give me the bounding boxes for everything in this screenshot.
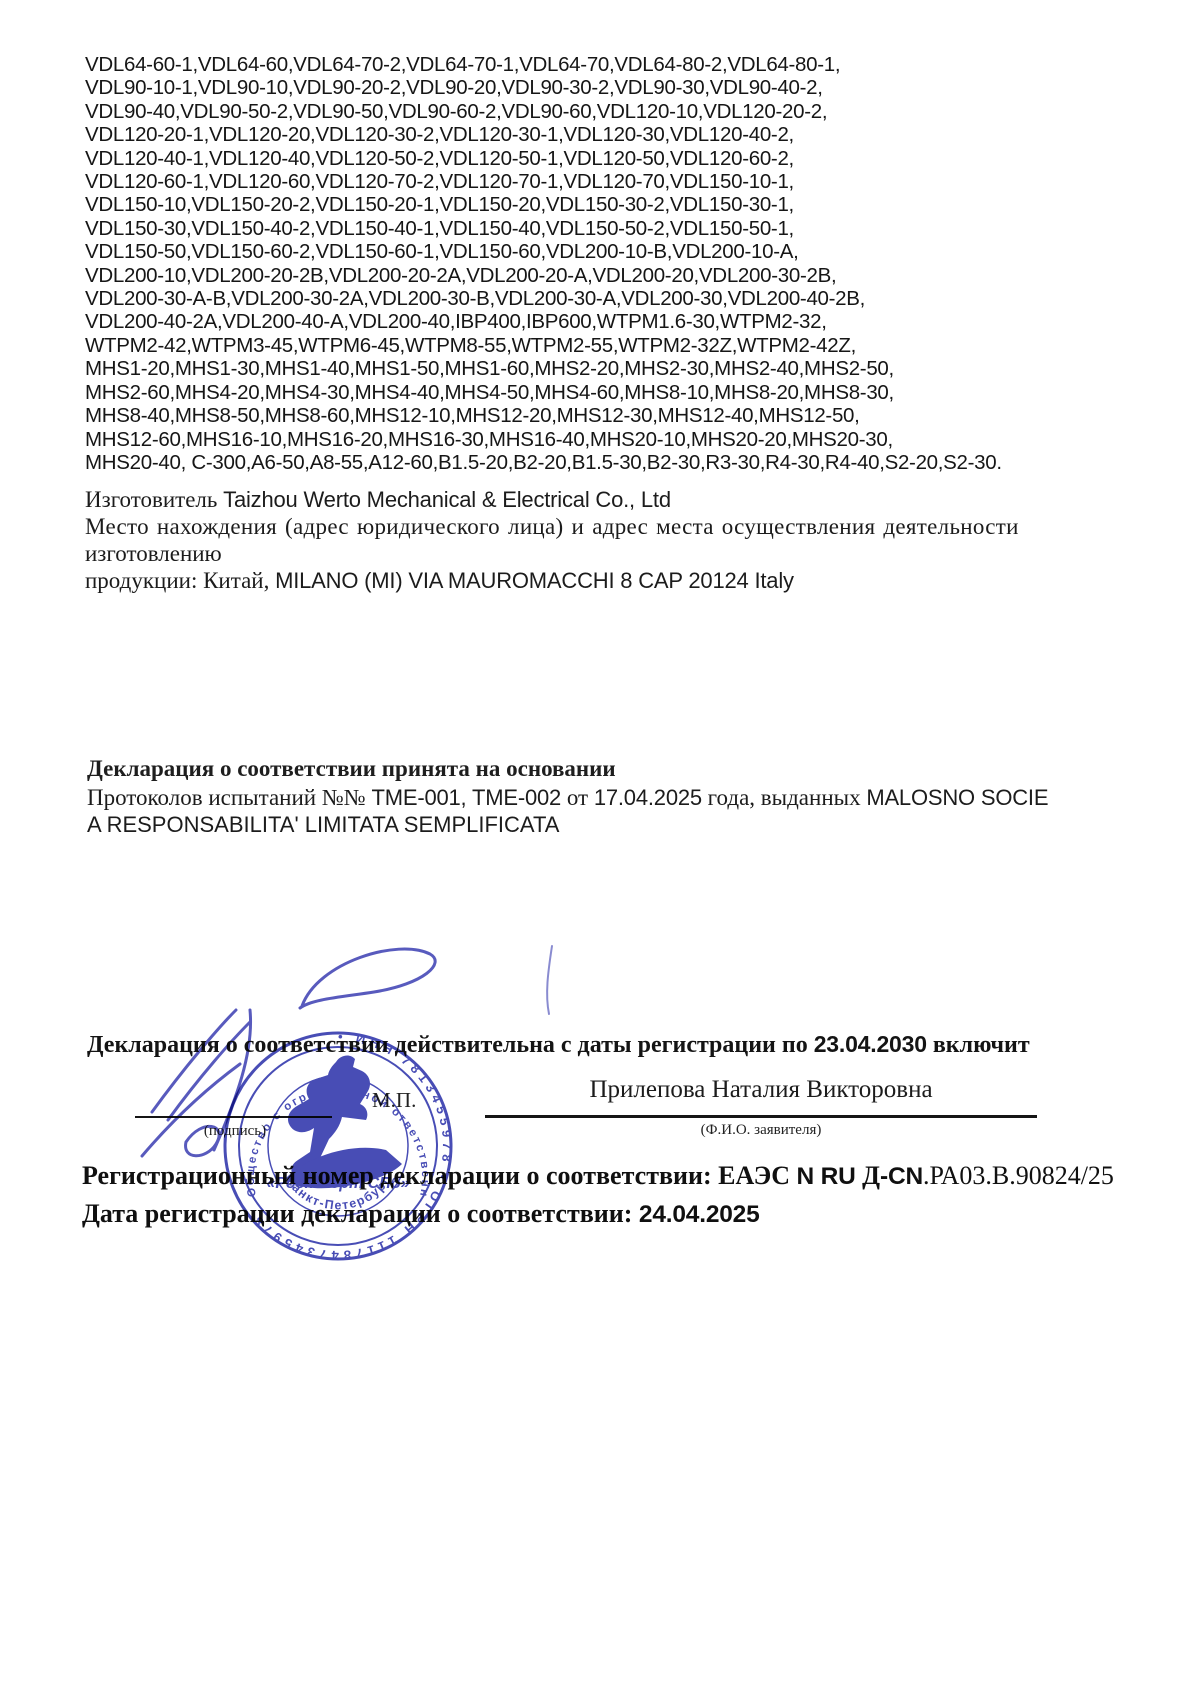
model-list-line: MHS20-40, C-300,A6-50,A8-55,A12-60,B1.5-… (85, 451, 1185, 474)
model-list-line: VDL90-40,VDL90-50-2,VDL90-50,VDL90-60-2,… (85, 100, 1185, 123)
model-list-line: MHS1-20,MHS1-30,MHS1-40,MHS1-50,MHS1-60,… (85, 357, 1185, 380)
basis-text: года, выданных (702, 785, 866, 810)
model-list-line: VDL150-10,VDL150-20-2,VDL150-20-1,VDL150… (85, 193, 1185, 216)
basis-text: от (561, 785, 594, 810)
product-line: продукции: Китай, MILANO (MI) VIA MAUROM… (85, 567, 1191, 594)
manufacturer-label: Изготовитель (85, 487, 223, 512)
model-list-line: MHS12-60,MHS16-10,MHS16-20,MHS16-30,MHS1… (85, 428, 1185, 451)
reg-number-d: Д (856, 1161, 880, 1190)
reg-number-rest: .РА03.В.90824/25 (923, 1161, 1114, 1190)
reg-number-nru: N RU (797, 1163, 856, 1190)
document-page: VDL64-60-1,VDL64-60,VDL64-70-2,VDL64-70-… (0, 0, 1191, 1684)
lab-name-part1: MALOSNO SOCIE (866, 785, 1048, 810)
manufacturer-name: Taizhou Werto Mechanical & Electrical Co… (223, 487, 671, 512)
reg-date-line: Дата регистрации декларации о соответств… (82, 1199, 1191, 1229)
reg-date-value: 24.04.2025 (639, 1201, 760, 1228)
reg-number-line: Регистрационный номер декларации о соотв… (82, 1161, 1191, 1191)
validity-suffix: включит (927, 1032, 1030, 1058)
model-list-line: VDL64-60-1,VDL64-60,VDL64-70-2,VDL64-70-… (85, 53, 1185, 76)
protocol-numbers: TME-001, TME-002 (371, 785, 561, 810)
model-list-line: VDL150-30,VDL150-40-2,VDL150-40-1,VDL150… (85, 217, 1185, 240)
signature-caption: (подпись) (150, 1123, 320, 1140)
validity-line: Декларация о соответствии действительна … (87, 1031, 1191, 1059)
model-list-line: VDL120-60-1,VDL120-60,VDL120-70-2,VDL120… (85, 170, 1185, 193)
model-list-line: VDL90-10-1,VDL90-10,VDL90-20-2,VDL90-20,… (85, 76, 1185, 99)
reg-number-cn: -CN (880, 1163, 923, 1190)
applicant-name: Прилепова Наталия Викторовна (485, 1076, 1037, 1104)
mp-label: М.П. (372, 1088, 416, 1113)
model-list-line: VDL120-20-1,VDL120-20,VDL120-30-2,VDL120… (85, 123, 1185, 146)
address-line-1: Место нахождения (адрес юридического лиц… (85, 513, 1191, 540)
model-list-line: VDL200-40-2A,VDL200-40-A,VDL200-40,IBP40… (85, 310, 1185, 333)
reg-number-eaes: ЕАЭС (718, 1161, 796, 1190)
model-list-line: VDL200-10,VDL200-20-2B,VDL200-20-2A,VDL2… (85, 264, 1185, 287)
model-list-line: WTPM2-42,WTPM3-45,WTPM6-45,WTPM8-55,WTPM… (85, 334, 1185, 357)
protocol-date: 17.04.2025 (594, 785, 702, 810)
model-list-line: VDL200-30-A-B,VDL200-30-2A,VDL200-30-B,V… (85, 287, 1185, 310)
product-label: продукции: Китай, (85, 568, 275, 593)
address-line-2: изготовлению (85, 540, 222, 567)
validity-date: 23.04.2030 (814, 1031, 927, 1057)
model-list-line: VDL150-50,VDL150-60-2,VDL150-60-1,VDL150… (85, 240, 1185, 263)
basis-text: Протоколов испытаний №№ (87, 785, 371, 810)
model-list-line: MHS8-40,MHS8-50,MHS8-60,MHS12-10,MHS12-2… (85, 404, 1185, 427)
applicant-line (485, 1115, 1037, 1118)
manufacturer-line: Изготовитель Taizhou Werto Mechanical & … (85, 486, 1191, 513)
reg-number-label: Регистрационный номер декларации о соотв… (82, 1161, 718, 1190)
lab-name-part2: A RESPONSABILITA' LIMITATA SEMPLIFICATA (87, 811, 559, 838)
applicant-caption: (Ф.И.О. заявителя) (485, 1122, 1037, 1139)
product-address: MILANO (MI) VIA MAUROMACCHI 8 CAP 20124 … (275, 568, 794, 593)
signature-line (135, 1116, 332, 1118)
model-list: VDL64-60-1,VDL64-60,VDL64-70-2,VDL64-70-… (85, 53, 1185, 474)
basis-protocols-line: Протоколов испытаний №№ TME-001, TME-002… (87, 784, 1191, 811)
model-list-line: MHS2-60,MHS4-20,MHS4-30,MHS4-40,MHS4-50,… (85, 381, 1185, 404)
basis-heading: Декларация о соответствии принята на осн… (87, 756, 616, 782)
validity-text: Декларация о соответствии действительна … (87, 1032, 814, 1058)
model-list-line: VDL120-40-1,VDL120-40,VDL120-50-2,VDL120… (85, 147, 1185, 170)
reg-date-label: Дата регистрации декларации о соответств… (82, 1199, 639, 1228)
